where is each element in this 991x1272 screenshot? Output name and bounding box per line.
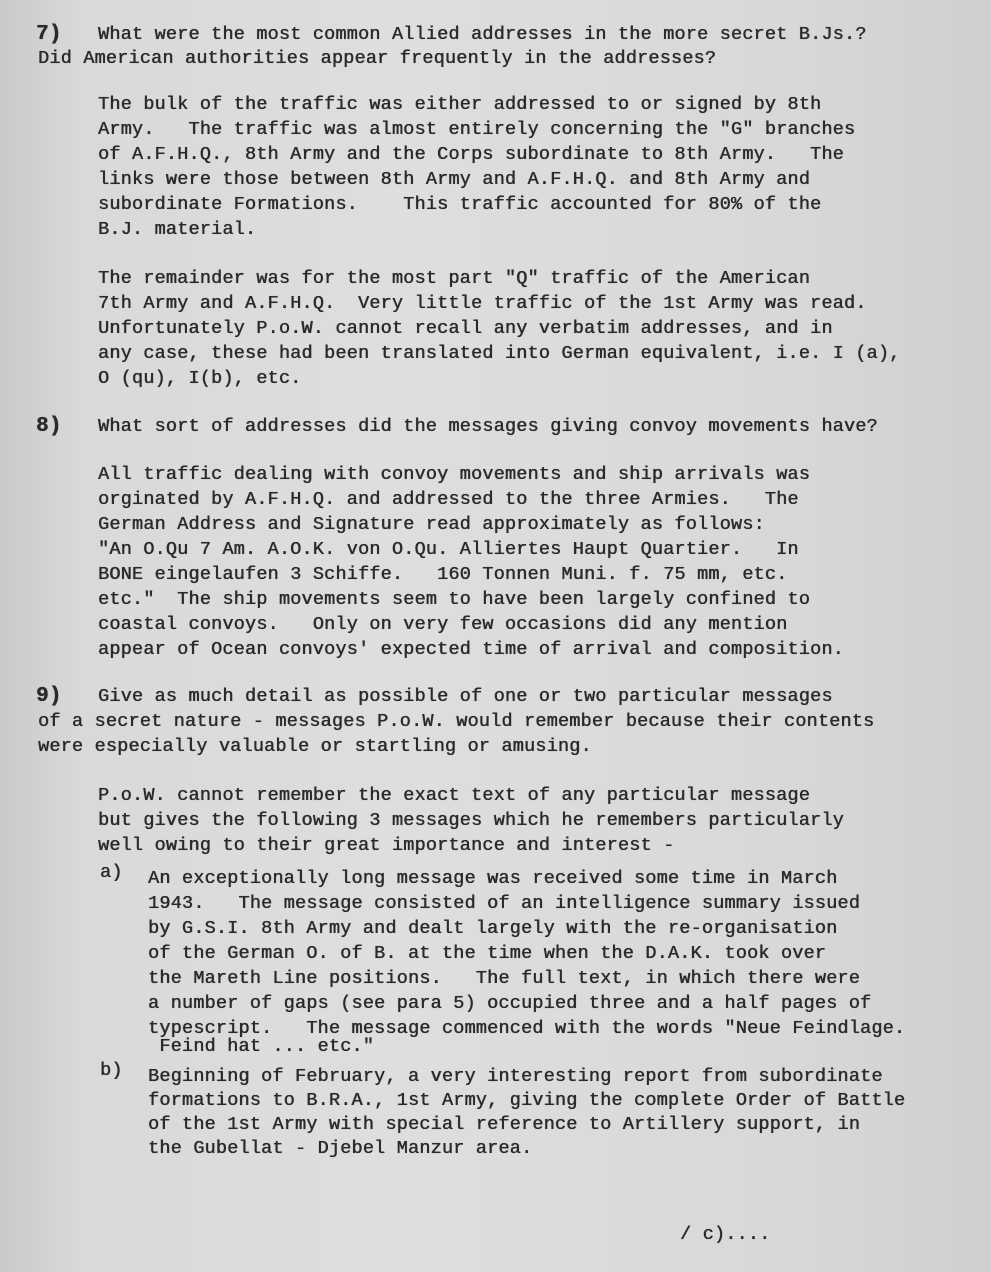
item-a-line: the Mareth Line positions. The full text… <box>148 970 860 989</box>
section-7-answer-line: Unfortunately P.o.W. cannot recall any v… <box>98 320 833 339</box>
item-a-line: of the German O. of B. at the time when … <box>148 945 826 964</box>
item-b-line: formations to B.R.A., 1st Army, giving t… <box>148 1092 905 1111</box>
item-a-line: An exceptionally long message was receiv… <box>148 870 837 889</box>
section-8-question-line: What sort of addresses did the messages … <box>98 418 878 437</box>
section-8-answer-line: orginated by A.F.H.Q. and addressed to t… <box>98 491 799 510</box>
item-a-label: a) <box>100 864 123 883</box>
item-b-line: of the 1st Army with special reference t… <box>148 1116 860 1135</box>
section-7-answer-line: B.J. material. <box>98 221 256 240</box>
section-9-number: 9) <box>36 686 62 707</box>
section-7-answer-line: Army. The traffic was almost entirely co… <box>98 121 855 140</box>
section-7-answer-line: of A.F.H.Q., 8th Army and the Corps subo… <box>98 146 844 165</box>
section-8-number: 8) <box>36 416 62 437</box>
continuation-marker: / c).... <box>680 1226 770 1245</box>
section-9-question-line: were especially valuable or startling or… <box>38 738 592 757</box>
section-7-question-line: Did American authorities appear frequent… <box>38 50 716 69</box>
item-a-line: 1943. The message consisted of an intell… <box>148 895 860 914</box>
section-7-question-line: What were the most common Allied address… <box>98 26 867 45</box>
section-8-answer-line: "An O.Qu 7 Am. A.O.K. von O.Qu. Allierte… <box>98 541 799 560</box>
item-a-line: by G.S.I. 8th Army and dealt largely wit… <box>148 920 837 939</box>
section-7-number: 7) <box>36 24 62 45</box>
typewritten-page: 7) What were the most common Allied addr… <box>0 0 991 1272</box>
item-b-label: b) <box>100 1062 123 1081</box>
section-8-answer-line: appear of Ocean convoys' expected time o… <box>98 641 844 660</box>
section-9-answer-line: P.o.W. cannot remember the exact text of… <box>98 787 810 806</box>
item-b-line: the Gubellat - Djebel Manzur area. <box>148 1140 532 1159</box>
item-a-line: Feind hat ... etc." <box>148 1038 374 1057</box>
item-b-line: Beginning of February, a very interestin… <box>148 1068 883 1087</box>
section-9-answer-line: well owing to their great importance and… <box>98 837 674 856</box>
section-9-answer-line: but gives the following 3 messages which… <box>98 812 844 831</box>
section-8-answer-line: etc." The ship movements seem to have be… <box>98 591 810 610</box>
section-9-question-line: of a secret nature - messages P.o.W. wou… <box>38 713 874 732</box>
section-7-answer-line: The bulk of the traffic was either addre… <box>98 96 821 115</box>
section-8-answer-line: German Address and Signature read approx… <box>98 516 765 535</box>
section-7-answer-line: links were those between 8th Army and A.… <box>98 171 810 190</box>
section-9-question-line: Give as much detail as possible of one o… <box>98 688 833 707</box>
item-a-line: a number of gaps (see para 5) occupied t… <box>148 995 871 1014</box>
section-7-answer-line: subordinate Formations. This traffic acc… <box>98 196 821 215</box>
section-7-answer-line: O (qu), I(b), etc. <box>98 370 301 389</box>
section-7-answer-line: The remainder was for the most part "Q" … <box>98 270 810 289</box>
section-8-answer-line: All traffic dealing with convoy movement… <box>98 466 810 485</box>
section-7-answer-line: 7th Army and A.F.H.Q. Very little traffi… <box>98 295 867 314</box>
section-8-answer-line: coastal convoys. Only on very few occasi… <box>98 616 787 635</box>
section-8-answer-line: BONE eingelaufen 3 Schiffe. 160 Tonnen M… <box>98 566 787 585</box>
section-7-answer-line: any case, these had been translated into… <box>98 345 900 364</box>
